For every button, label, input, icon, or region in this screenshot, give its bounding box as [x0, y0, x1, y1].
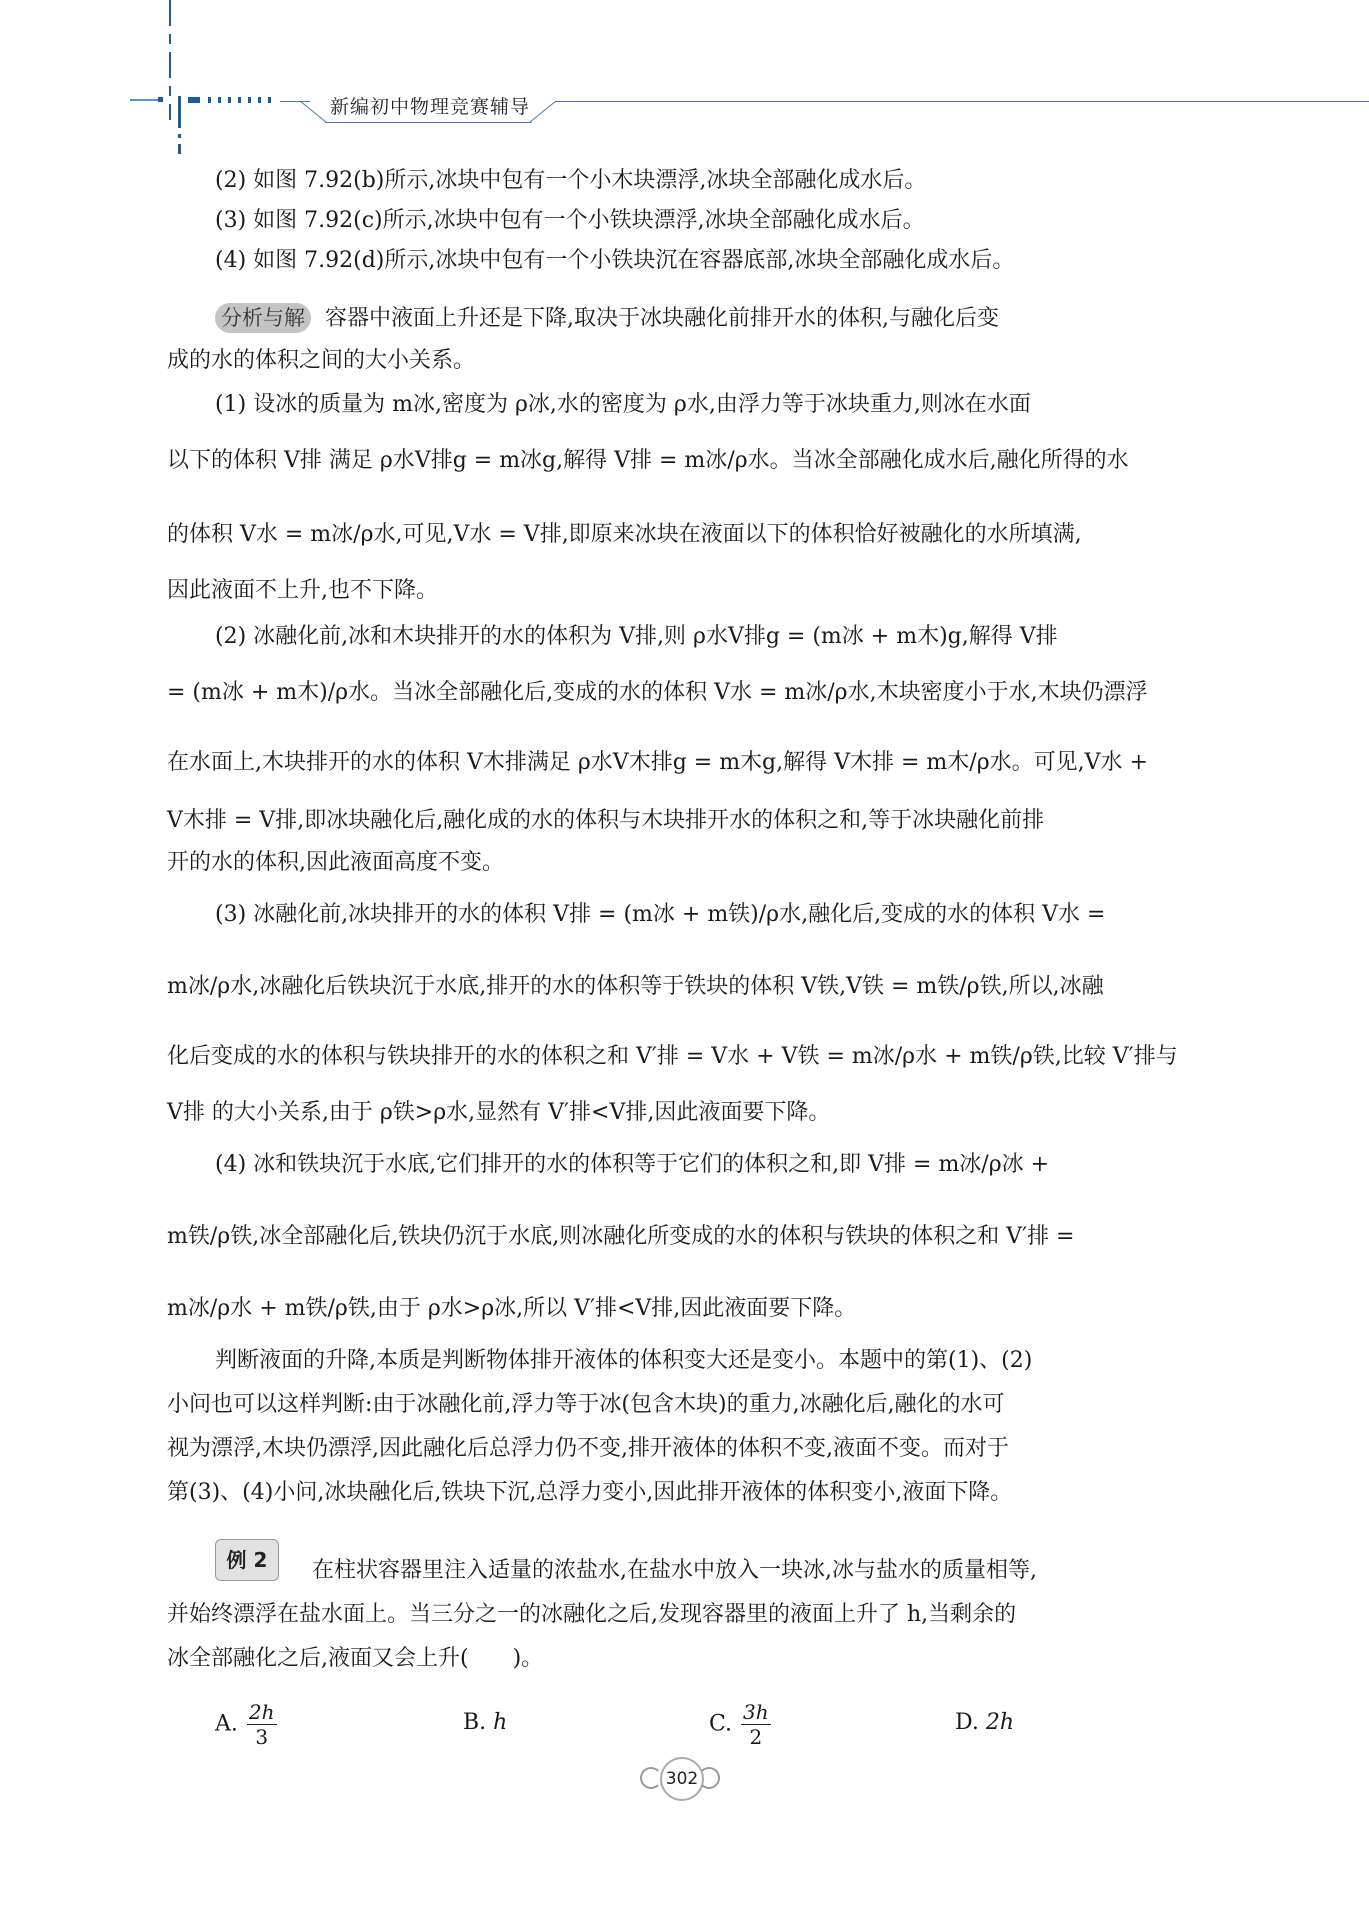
p1-line-1: (1) 设冰的质量为 m冰,密度为 ρ冰,水的密度为 ρ水,由浮力等于冰块重力,… — [215, 390, 1031, 420]
header-vertical-rule-2 — [178, 96, 181, 154]
header-line-right — [555, 101, 1369, 102]
summary-line-1: 判断液面的升降,本质是判断物体排开液体的体积变大还是变小。本题中的第(1)、(2… — [215, 1346, 1032, 1376]
example-text-1: 在柱状容器里注入适量的浓盐水,在盐水中放入一块冰,冰与盐水的质量相等, — [312, 1556, 1037, 1586]
question-3: (3) 如图 7.92(c)所示,冰块中包有一个小铁块漂浮,冰块全部融化成水后。 — [215, 206, 925, 236]
p2-line-3: 在水面上,木块排开的水的体积 V木排满足 ρ水V木排g = m木g,解得 V木排… — [167, 748, 1148, 778]
p3-line-3: 化后变成的水的体积与铁块排开的水的体积之和 V′排 = V水 + V铁 = m冰… — [167, 1042, 1178, 1072]
book-title: 新编初中物理竞赛辅导 — [330, 92, 590, 119]
header-vertical-rule — [169, 0, 171, 120]
swirl-left-icon — [640, 1767, 662, 1789]
header-underline — [325, 122, 532, 123]
question-4: (4) 如图 7.92(d)所示,冰块中包有一个小铁块沉在容器底部,冰块全部融化… — [215, 246, 1014, 276]
analysis-badge: 分析与解 — [215, 303, 311, 333]
option-a-label: A. — [215, 1712, 238, 1737]
p3-line-2: m冰/ρ水,冰融化后铁块沉于水底,排开的水的体积等于铁块的体积 V铁,V铁 = … — [167, 972, 1104, 1002]
option-c-label: C. — [709, 1712, 732, 1737]
option-d[interactable]: D. 2h — [955, 1710, 1014, 1735]
p4-line-3: m冰/ρ水 + m铁/ρ铁,由于 ρ水>ρ冰,所以 V′排<V排,因此液面要下降… — [167, 1294, 856, 1324]
header-diagonal-left — [300, 100, 326, 122]
header-left-bar — [130, 99, 160, 101]
p2-line-4: V木排 = V排,即冰块融化后,融化成的水的体积与木块排开水的体积之和,等于冰块… — [167, 806, 1044, 836]
p1-line-4: 因此液面不上升,也不下降。 — [167, 576, 438, 606]
option-b-value: h — [493, 1710, 507, 1735]
option-c[interactable]: C. 3h2 — [709, 1700, 773, 1749]
example-badge: 例 2 — [215, 1539, 279, 1581]
option-b[interactable]: B. h — [463, 1710, 507, 1735]
p1-line-3: 的体积 V水 = m冰/ρ水,可见,V水 = V排,即原来冰块在液面以下的体积恰… — [167, 520, 1082, 550]
summary-line-3: 视为漂浮,木块仍漂浮,因此融化后总浮力仍不变,排开液体的体积不变,液面不变。而对… — [167, 1434, 1009, 1464]
p3-line-1: (3) 冰融化前,冰块排开的水的体积 V排 = (m冰 + m铁)/ρ水,融化后… — [215, 900, 1105, 930]
summary-line-4: 第(3)、(4)小问,冰块融化后,铁块下沉,总浮力变小,因此排开液体的体积变小,… — [167, 1478, 1012, 1508]
p3-line-4: V排 的大小关系,由于 ρ铁>ρ水,显然有 V′排<V排,因此液面要下降。 — [167, 1098, 830, 1128]
option-d-value: 2h — [986, 1710, 1014, 1735]
option-b-label: B. — [463, 1710, 486, 1735]
option-c-numerator: 3h — [741, 1700, 771, 1725]
header-dots — [188, 97, 278, 103]
swirl-right-icon — [698, 1767, 720, 1789]
example-text-2: 并始终漂浮在盐水面上。当三分之一的冰融化之后,发现容器里的液面上升了 h,当剩余… — [167, 1600, 1016, 1630]
p2-line-2: = (m冰 + m木)/ρ水。当冰全部融化后,变成的水的体积 V水 = m冰/ρ… — [167, 678, 1148, 708]
page-number-ornament: 302 — [640, 1755, 720, 1801]
analysis-intro-text: 容器中液面上升还是下降,取决于冰块融化前排开水的体积,与融化后变 — [325, 306, 999, 331]
analysis-intro-2: 成的水的体积之间的大小关系。 — [167, 346, 475, 376]
option-a-denominator: 3 — [247, 1725, 277, 1749]
p4-line-2: m铁/ρ铁,冰全部融化后,铁块仍沉于水底,则冰融化所变成的水的体积与铁块的体积之… — [167, 1222, 1075, 1252]
header-square — [158, 97, 163, 102]
option-a-numerator: 2h — [247, 1700, 277, 1725]
p1-line-2: 以下的体积 V排 满足 ρ水V排g = m冰g,解得 V排 = m冰/ρ水。当冰… — [167, 446, 1129, 476]
summary-line-2: 小问也可以这样判断:由于冰融化前,浮力等于冰(包含木块)的重力,冰融化后,融化的… — [167, 1390, 1005, 1420]
p4-line-1: (4) 冰和铁块沉于水底,它们排开的水的体积等于它们的体积之和,即 V排 = m… — [215, 1150, 1049, 1180]
option-d-label: D. — [955, 1710, 979, 1735]
p2-line-1: (2) 冰融化前,冰和木块排开的水的体积为 V排,则 ρ水V排g = (m冰 +… — [215, 622, 1058, 652]
example-text-3: 冰全部融化之后,液面又会上升( )。 — [167, 1644, 543, 1674]
analysis-intro: 分析与解容器中液面上升还是下降,取决于冰块融化前排开水的体积,与融化后变 — [215, 303, 999, 334]
option-a[interactable]: A. 2h3 — [215, 1700, 279, 1749]
option-c-denominator: 2 — [741, 1725, 771, 1749]
p2-line-5: 开的水的体积,因此液面高度不变。 — [167, 848, 504, 878]
question-2: (2) 如图 7.92(b)所示,冰块中包有一个小木块漂浮,冰块全部融化成水后。 — [215, 166, 926, 196]
